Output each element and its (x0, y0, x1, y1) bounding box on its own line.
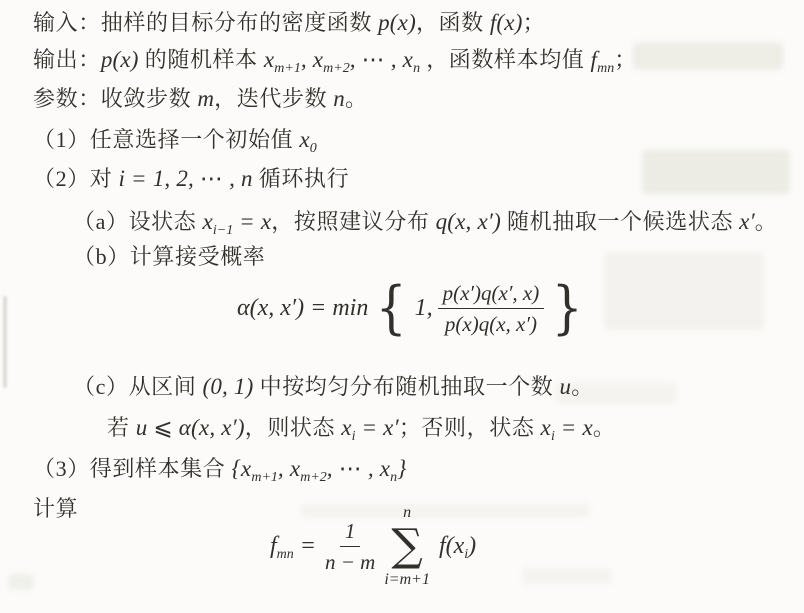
fraction-numerator: 1 (340, 518, 361, 547)
mean-coefficient-fraction: 1 n − m (325, 518, 375, 575)
sum-upper-limit: n (403, 505, 411, 521)
math-text: fmn (591, 47, 615, 72)
cjk-text: 的随机样本 (139, 47, 264, 72)
cjk-text: ；否则，状态 (399, 415, 541, 440)
cjk-text: 。 (593, 415, 616, 440)
algo-step2b-line: （b）计算接受概率 (73, 242, 265, 272)
math-text: u (560, 374, 572, 399)
fraction-numerator: p(x′)q(x′, x) (438, 280, 545, 309)
math-text: x0 (299, 127, 316, 152)
bleed-through-artifact (604, 252, 764, 330)
math-text: xi = x (541, 415, 593, 440)
math-text: xi = x′ (341, 415, 399, 440)
bleed-through-artifact (633, 42, 783, 70)
bleed-through-artifact (3, 296, 7, 388)
formula-lhs: α(x, x′) = min (237, 295, 368, 322)
cjk-text: 随机抽取一个候选状态 (501, 209, 739, 234)
algo-accept-reject-line: 若 u ⩽ α(x, x′)，则状态 xi = x′；否则，状态 xi = x。 (107, 413, 615, 443)
math-text: m (197, 86, 214, 111)
math-text: u ⩽ α(x, x′) (136, 415, 245, 440)
left-brace: { (376, 278, 407, 338)
acceptance-probability-formula: α(x, x′) = min { 1, p(x′)q(x′, x) p(x)q(… (237, 278, 586, 338)
cjk-text: ，迭代步数 (214, 86, 333, 111)
cjk-text: ； (614, 47, 637, 72)
cjk-text: ，按照建议分布 (271, 209, 435, 234)
cjk-text: （a）设状态 (73, 209, 202, 234)
cjk-text: 输入：抽样的目标分布的密度函数 (33, 10, 378, 35)
summation-operator: n ∑ i=m+1 (384, 505, 430, 588)
formula-lhs: fmn = (270, 533, 316, 560)
cjk-text: 。 (571, 374, 594, 399)
cjk-text: （c）从区间 (73, 374, 202, 399)
sigma-icon: ∑ (391, 523, 422, 569)
cjk-text: 循环执行 (253, 166, 350, 191)
algo-step2c-line: （c）从区间 (0, 1) 中按均匀分布随机抽取一个数 u。 (73, 372, 594, 402)
math-text: q(x, x′) (436, 209, 501, 234)
algo-compute-line: 计算 (33, 494, 78, 524)
cjk-text: ，则状态 (245, 415, 342, 440)
cjk-text: 。 (345, 86, 368, 111)
math-text: xm+1, xm+2, ⋯ , xn (264, 47, 420, 72)
math-text: x′ (739, 209, 755, 234)
cjk-text: ，函数 (416, 10, 490, 35)
math-text: n (333, 86, 345, 111)
bleed-through-artifact (522, 568, 612, 584)
cjk-text: ； (523, 10, 546, 35)
right-brace: } (552, 278, 583, 338)
scanned-algorithm-page: 输入：抽样的目标分布的密度函数 p(x)，函数 f(x)； 输出：p(x) 的随… (0, 0, 804, 613)
math-text: i = 1, 2, ⋯ , n (119, 166, 253, 191)
algo-step1-line: （1）任意选择一个初始值 x0 (33, 125, 317, 155)
math-text: f(x) (490, 10, 523, 35)
cjk-text: （3）得到样本集合 (33, 456, 232, 481)
cjk-text: 计算 (33, 496, 78, 521)
algo-step3-line: （3）得到样本集合 {xm+1, xm+2, ⋯ , xn} (33, 454, 407, 484)
cjk-text: ，函数样本均值 (420, 47, 590, 72)
cjk-text: （1）任意选择一个初始值 (33, 127, 299, 152)
cjk-text: 若 (107, 415, 136, 440)
probability-ratio-fraction: p(x′)q(x′, x) p(x)q(x, x′) (438, 280, 545, 337)
algo-step2-line: （2）对 i = 1, 2, ⋯ , n 循环执行 (33, 164, 349, 194)
cjk-text: （2）对 (33, 166, 119, 191)
cjk-text: 。 (755, 209, 778, 234)
algo-input-line: 输入：抽样的目标分布的密度函数 p(x)，函数 f(x)； (33, 8, 545, 38)
math-text: p(x) (378, 10, 416, 35)
bleed-through-artifact (642, 150, 790, 194)
cjk-text: 中按均匀分布随机抽取一个数 (254, 374, 560, 399)
sum-lower-limit: i=m+1 (384, 572, 430, 588)
cjk-text: 参数：收敛步数 (33, 86, 197, 111)
formula-rhs: f(xi) (439, 533, 476, 560)
math-text: {xm+1, xm+2, ⋯ , xn} (232, 456, 407, 481)
sample-mean-formula: fmn = 1 n − m n ∑ i=m+1 f(xi) (270, 505, 476, 588)
fraction-denominator: n − m (325, 547, 375, 575)
math-text: xi−1 = x (202, 209, 271, 234)
cjk-text: （b）计算接受概率 (73, 244, 265, 269)
algo-output-line: 输出：p(x) 的随机样本 xm+1, xm+2, ⋯ , xn ，函数样本均值… (33, 45, 637, 75)
math-text: p(x) (101, 47, 139, 72)
algo-params-line: 参数：收敛步数 m，迭代步数 n。 (33, 84, 368, 114)
cjk-text: 输出： (33, 47, 101, 72)
bleed-through-artifact (8, 574, 34, 590)
algo-step2a-line: （a）设状态 xi−1 = x，按照建议分布 q(x, x′) 随机抽取一个候选… (73, 207, 777, 237)
formula-one: 1, (415, 295, 433, 322)
fraction-denominator: p(x)q(x, x′) (445, 309, 537, 337)
math-text: (0, 1) (202, 374, 253, 399)
